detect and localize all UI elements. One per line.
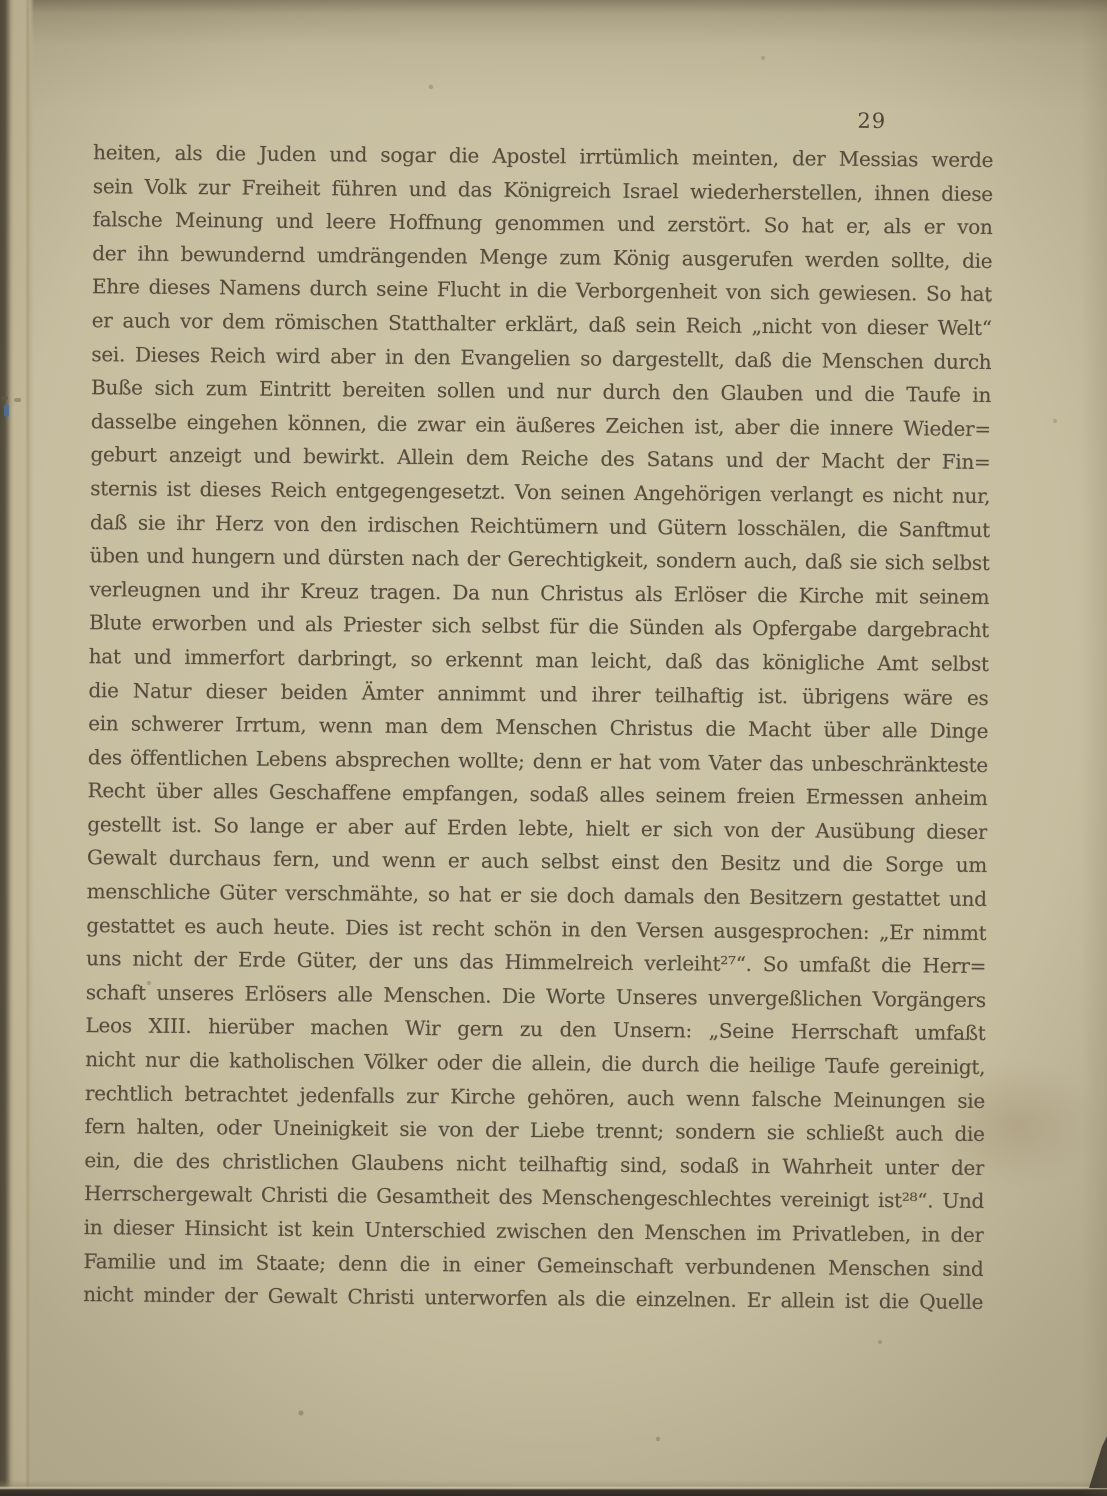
- paper-speckles: [0, 0, 2, 2]
- book-page-scan: 29 heiten, als die Juden und sogar die A…: [0, 0, 1107, 1496]
- body-text: heiten, als die Juden und sogar die Apos…: [83, 136, 993, 1320]
- text-line: nicht minder der Gewalt Christi unterwor…: [83, 1278, 983, 1319]
- page-content: 29 heiten, als die Juden und sogar die A…: [0, 0, 1107, 1496]
- page-number: 29: [857, 109, 886, 133]
